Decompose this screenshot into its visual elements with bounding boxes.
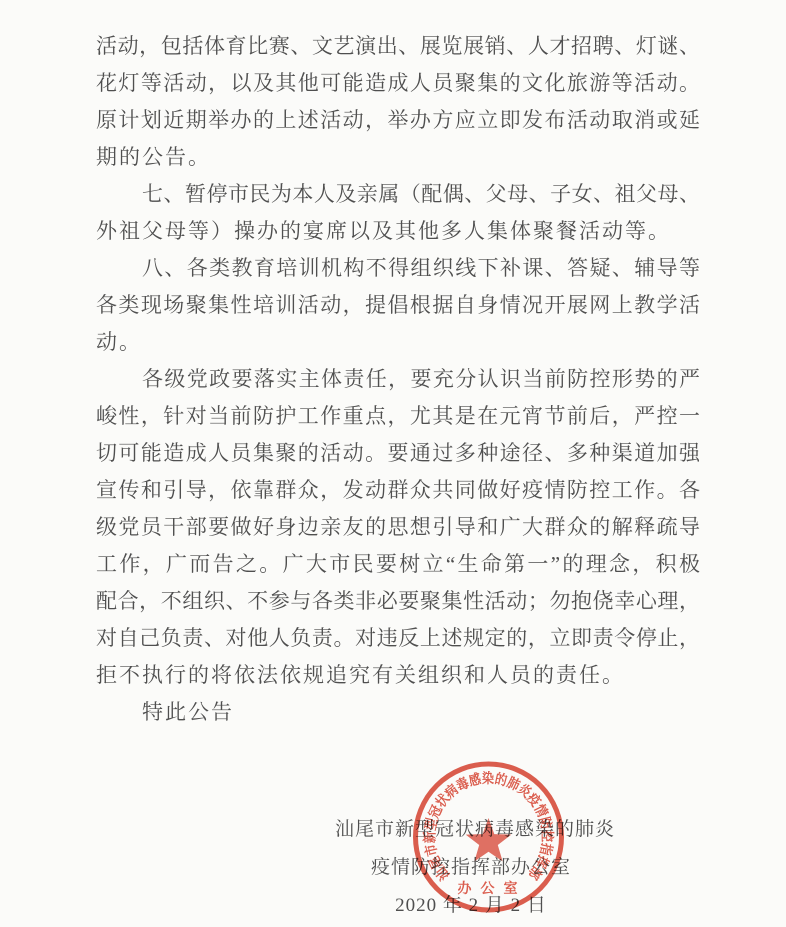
text-line: 对自己负责、对他人负责。对违反上述规定的，立即责令停止，	[96, 620, 700, 657]
text-line: 各类现场聚集性培训活动，提倡根据自身情况开展网上教学活	[96, 287, 700, 324]
text-line: 原计划近期举办的上述活动，举办方应立即发布活动取消或延	[96, 102, 700, 139]
closing-line: 特此公告	[96, 694, 700, 731]
text-line: 宣传和引导，依靠群众，发动群众共同做好疫情防控工作。各	[96, 472, 700, 509]
text-line: 切可能造成人员集聚的活动。要通过多种途径、多种渠道加强	[96, 435, 700, 472]
seal-star-icon	[466, 818, 512, 861]
text-line: 工作，广而告之。广大市民要树立“生命第一”的理念，积极	[96, 546, 700, 583]
text-line: 峻性，针对当前防护工作重点，尤其是在元宵节前后，严控一	[96, 398, 700, 435]
text-line: 配合，不组织、不参与各类非必要聚集性活动；勿抱侥幸心理，	[96, 583, 700, 620]
text-line: 各级党政要落实主体责任，要充分认识当前防控形势的严	[96, 361, 700, 398]
text-line: 动。	[96, 324, 700, 361]
text-line: 八、各类教育培训机构不得组织线下补课、答疑、辅导等	[96, 250, 700, 287]
text-line: 活动，包括体育比赛、文艺演出、展览展销、人才招聘、灯谜、	[96, 28, 700, 65]
body-text: 活动，包括体育比赛、文艺演出、展览展销、人才招聘、灯谜、 花灯等活动，以及其他可…	[96, 28, 700, 731]
text-line: 期的公告。	[96, 139, 700, 176]
seal-bottom-text: 办公室	[458, 880, 527, 897]
text-line: 外祖父母等）操办的宴席以及其他多人集体聚餐活动等。	[96, 213, 700, 250]
document-page: 活动，包括体育比赛、文艺演出、展览展销、人才招聘、灯谜、 花灯等活动，以及其他可…	[0, 0, 786, 927]
text-line: 花灯等活动，以及其他可能造成人员聚集的文化旅游等活动。	[96, 65, 700, 102]
text-line: 级党员干部要做好身边亲友的思想引导和广大群众的解释疏导	[96, 509, 700, 546]
text-line: 七、暂停市民为本人及亲属（配偶、父母、子女、祖父母、	[96, 176, 700, 213]
text-line: 拒不执行的将依法依规追究有关组织和人员的责任。	[96, 657, 700, 694]
official-seal: 汕尾市新型冠状病毒感染的肺炎疫情防控指挥部 办公室	[411, 760, 566, 915]
